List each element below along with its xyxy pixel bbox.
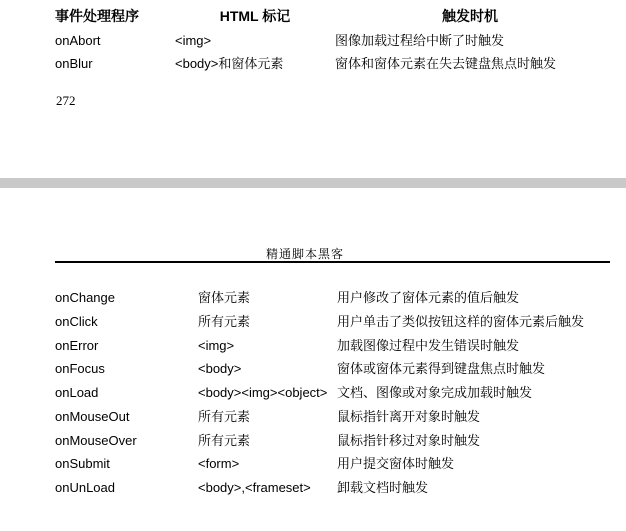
event-handler-cell: onMouseOver — [55, 433, 198, 449]
bottom-table-body: onChange 窗体元素 用户修改了窗体元素的值后触发 onClick 所有元… — [55, 290, 607, 504]
event-handlers-table-bottom: onChange 窗体元素 用户修改了窗体元素的值后触发 onClick 所有元… — [55, 290, 607, 504]
event-handler-cell: onLoad — [55, 385, 198, 401]
page-divider — [0, 178, 626, 188]
trigger-cell: 用户提交窗体时触发 — [337, 456, 607, 472]
trigger-cell: 用户修改了窗体元素的值后触发 — [337, 290, 607, 306]
page-number: 272 — [56, 93, 76, 109]
event-handler-cell: onSubmit — [55, 456, 198, 472]
event-handler-cell: onChange — [55, 290, 198, 306]
event-handler-cell: onClick — [55, 314, 198, 330]
table-row: onChange 窗体元素 用户修改了窗体元素的值后触发 — [55, 290, 607, 314]
trigger-cell: 文档、图像或对象完成加载时触发 — [337, 385, 607, 401]
table-row: onBlur <body>和窗体元素 窗体和窗体元素在失去键盘焦点时触发 — [55, 56, 607, 79]
html-tag-cell: <body>,<frameset> — [198, 480, 337, 496]
running-head: 精通脚本黑客 — [0, 245, 610, 262]
trigger-cell: 鼠标指针离开对象时触发 — [337, 409, 607, 425]
table-row: onClick 所有元素 用户单击了类似按钮这样的窗体元素后触发 — [55, 314, 607, 338]
header-rule — [55, 261, 610, 263]
column-header-html-tag: HTML 标记 — [175, 8, 335, 25]
trigger-cell: 卸载文档时触发 — [337, 480, 607, 496]
html-tag-cell: <body>和窗体元素 — [175, 56, 335, 72]
event-handler-cell: onFocus — [55, 361, 198, 377]
table-header-row: 事件处理程序 HTML 标记 触发时机 — [55, 8, 607, 33]
html-tag-cell: <body><img><object> — [198, 385, 337, 401]
table-row: onFocus <body> 窗体或窗体元素得到键盘焦点时触发 — [55, 361, 607, 385]
top-table-body: onAbort <img> 图像加载过程给中断了时触发 onBlur <body… — [55, 33, 607, 79]
table-row: onLoad <body><img><object> 文档、图像或对象完成加载时… — [55, 385, 607, 409]
event-handlers-table-top: 事件处理程序 HTML 标记 触发时机 onAbort <img> 图像加载过程… — [55, 8, 607, 79]
table-row: onMouseOver 所有元素 鼠标指针移过对象时触发 — [55, 433, 607, 457]
html-tag-cell: 所有元素 — [198, 314, 337, 330]
event-handler-cell: onAbort — [55, 33, 175, 49]
html-tag-cell: 所有元素 — [198, 433, 337, 449]
trigger-cell: 窗体和窗体元素在失去键盘焦点时触发 — [335, 56, 607, 72]
trigger-cell: 图像加载过程给中断了时触发 — [335, 33, 607, 49]
html-tag-cell: 窗体元素 — [198, 290, 337, 306]
html-tag-cell: <form> — [198, 456, 337, 472]
event-handler-cell: onMouseOut — [55, 409, 198, 425]
table-row: onMouseOut 所有元素 鼠标指针离开对象时触发 — [55, 409, 607, 433]
table-row: onAbort <img> 图像加载过程给中断了时触发 — [55, 33, 607, 56]
trigger-cell: 鼠标指针移过对象时触发 — [337, 433, 607, 449]
trigger-cell: 窗体或窗体元素得到键盘焦点时触发 — [337, 361, 607, 377]
table-row: onError <img> 加载图像过程中发生错误时触发 — [55, 338, 607, 362]
html-tag-cell: 所有元素 — [198, 409, 337, 425]
html-tag-cell: <img> — [175, 33, 335, 49]
table-row: onUnLoad <body>,<frameset> 卸载文档时触发 — [55, 480, 607, 504]
column-header-event-handler: 事件处理程序 — [55, 8, 175, 25]
event-handler-cell: onUnLoad — [55, 480, 198, 496]
document-page: 事件处理程序 HTML 标记 触发时机 onAbort <img> 图像加载过程… — [0, 0, 626, 531]
html-tag-cell: <img> — [198, 338, 337, 354]
trigger-cell: 用户单击了类似按钮这样的窗体元素后触发 — [337, 314, 607, 330]
column-header-trigger: 触发时机 — [335, 8, 605, 25]
event-handler-cell: onError — [55, 338, 198, 354]
table-row: onSubmit <form> 用户提交窗体时触发 — [55, 456, 607, 480]
trigger-cell: 加载图像过程中发生错误时触发 — [337, 338, 607, 354]
event-handler-cell: onBlur — [55, 56, 175, 72]
html-tag-cell: <body> — [198, 361, 337, 377]
